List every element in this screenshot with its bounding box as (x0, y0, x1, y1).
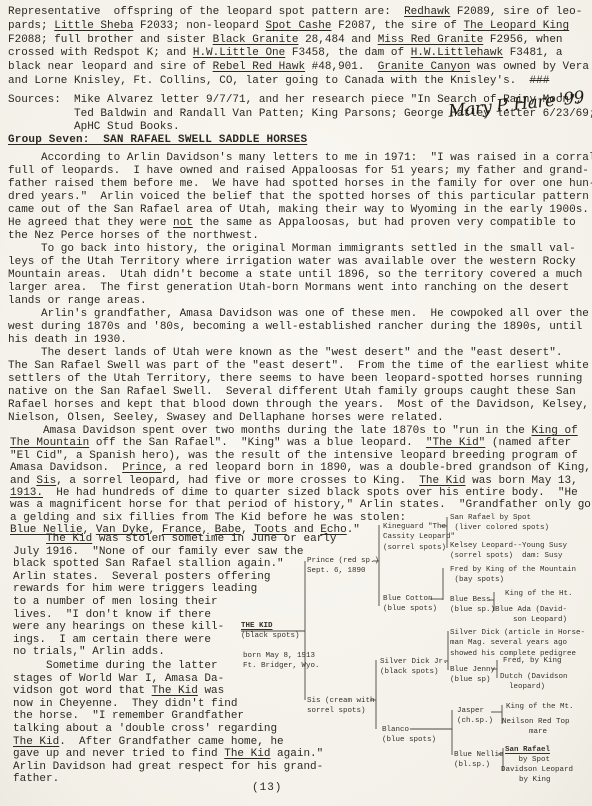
text-line: To go back into history, the original Mo… (8, 243, 592, 256)
text-line: black spotted San Rafael stallion again.… (13, 558, 336, 571)
text-line: father raised them before me. We have ha… (8, 178, 592, 191)
text-line: came out of the San Rafael area of Utah,… (8, 204, 592, 217)
text-line: Amasa Davidson. Prince, a red leopard bo… (10, 462, 592, 474)
text-line: were any hearings on these kill- (13, 621, 336, 634)
text-line: July 1916. "None of our family ever saw … (13, 546, 336, 559)
pedigree-node-san-rafael-2: San Rafael by Spot (505, 745, 550, 766)
pedigree-node-blue-jenny: Blue Jenny(blue sp) (450, 665, 495, 686)
text-line: ApHC Stud Books. (74, 121, 592, 135)
pedigree-node-king-of-the-ht: King of the Ht. (505, 589, 573, 599)
text-line: The Kid. After Grandfather came home, he (13, 736, 323, 749)
stolen-column-paragraph: The Kid was stolen sometime in June or e… (13, 533, 336, 659)
text-line: was a magnificent horse for that period … (10, 499, 592, 511)
document-page: Representative offspring of the leopard … (0, 0, 592, 806)
the-kid-story-paragraph: Amasa Davidson spent over two months dur… (10, 425, 592, 537)
text-line: and Sis, a sorrel leopard, had five or m… (10, 475, 592, 487)
page-number: (13) (252, 782, 282, 794)
text-line: He agreed that they were not the same as… (8, 217, 592, 230)
pedigree-node-silver-dick: Silver Dick (article in Horse-man Mag. s… (450, 628, 585, 659)
text-line: lands or range areas. (8, 295, 592, 308)
text-line: Arlin's grandfather, Amasa Davidson was … (8, 308, 592, 321)
text-line: black near leopard and sire of Rebel Red… (8, 61, 589, 75)
text-line: The San Rafael Swell was part of the "ea… (8, 360, 592, 373)
pedigree-node-davidson-leopard: Davidson Leopard by King (501, 765, 573, 786)
text-line: "El Cid", a Spanish hero), was the resul… (10, 450, 592, 462)
text-line: Amasa Davidson spent over two months dur… (10, 425, 592, 437)
history-paragraphs: According to Arlin Davidson's many lette… (8, 152, 592, 425)
text-line: west during 1870s and '80s, becoming a w… (8, 321, 592, 334)
text-line: Mountain areas. Utah didn't become a sta… (8, 269, 592, 282)
text-line: vidson got word that The Kid was (13, 685, 323, 698)
pedigree-node-blue-ada: Blue Ada (David- son Leopard) (495, 605, 567, 626)
text-line: to a number of men losing their (13, 596, 336, 609)
text-line: the Nez Perce horses of the northwest. (8, 230, 592, 243)
text-line: the horse. "I remember Grandfather (13, 710, 323, 723)
intro-paragraph: Representative offspring of the leopard … (8, 6, 589, 89)
wwi-column-paragraph: Sometime during the latterstages of Worl… (13, 660, 323, 786)
text-line: full of leopards. I have owned and raise… (8, 165, 592, 178)
text-line: 1913. He had hundreds of dime to quarter… (10, 487, 592, 499)
pedigree-node-fred-by-king: Fred by King of the Mountain (bay spots) (450, 565, 576, 586)
text-line: no trials," Arlin adds. (13, 646, 336, 659)
pedigree-node-silver-dick-jr: Silver Dick Jr.(black spots) (380, 657, 448, 678)
pedigree-node-king-of-the-mt: King of the Mt. (506, 702, 574, 712)
text-line: larger area. The first generation Utah-b… (8, 282, 592, 295)
text-line: The Mountain off the San Rafael". "King"… (10, 437, 592, 449)
text-line: stages of World War I, Amasa Da- (13, 673, 323, 686)
text-line: now in Cheyenne. They didn't find (13, 698, 323, 711)
text-line: Arlin Davidson had great respect for his… (13, 761, 323, 774)
pedigree-node-neilson-red-top: Neilson Red Top mare (502, 717, 570, 738)
text-line: his death in 1930. (8, 334, 592, 347)
text-line: Nielson, Olsen, Seeley, Swasey and Della… (8, 412, 592, 425)
text-line: and Lorne Knisley, Ft. Collins, CO, late… (8, 75, 589, 89)
text-line: lives. "I don't know if there (13, 609, 336, 622)
text-line: pards; Little Sheba F2033; non-leopard S… (8, 20, 589, 34)
pedigree-node-fred-king: Fred, by King (503, 656, 562, 666)
text-line: According to Arlin Davidson's many lette… (8, 152, 592, 165)
text-line: F2088; full brother and sister Black Gra… (8, 34, 589, 48)
text-line: The Kid was stolen sometime in June or e… (13, 533, 336, 546)
text-line: crossed with Redspot K; and H.W.Little O… (8, 47, 589, 61)
pedigree-node-kelsey-leopard: Kelsey Leopard--Young Susy(sorrel spots)… (450, 541, 567, 562)
text-line: leys of the Utah Territory where irrigat… (8, 256, 592, 269)
text-line: gave up and never tried to find The Kid … (13, 748, 323, 761)
pedigree-node-dutch: Dutch (Davidson leopard) (500, 672, 568, 693)
pedigree-node-jasper: Jasper(ch.sp.) (457, 706, 493, 727)
text-line: Arlin states. Several posters offering (13, 571, 336, 584)
text-line: Rafael horses and kept that blood down t… (8, 399, 592, 412)
pedigree-node-blue-nellie: Blue Nellie(bl.sp.) (454, 750, 504, 771)
text-line: settlers of the Utah Territory, there se… (8, 373, 592, 386)
text-line: The desert lands of Utah were known as t… (8, 347, 592, 360)
text-line: native on the San Rafael Swell. Several … (8, 386, 592, 399)
text-line: dred years." Arlin voiced the belief tha… (8, 191, 592, 204)
pedigree-node-blue-cotton: Blue Cotton(blue spots) (383, 594, 437, 615)
text-line: a gelding and six fillies from The Kid b… (10, 512, 592, 524)
section-heading: Group Seven: SAN RAFAEL SWELL SADDLE HOR… (8, 134, 307, 146)
pedigree-node-blanco: Blanco(blue spots) (382, 725, 436, 746)
text-line: talking about a 'double cross' regarding (13, 723, 323, 736)
pedigree-node-blue-bess: Blue Bess(blue sp.) (450, 595, 495, 616)
text-line: Representative offspring of the leopard … (8, 6, 589, 20)
text-line: Sometime during the latter (13, 660, 323, 673)
text-line: rewards for him were triggers leading (13, 583, 336, 596)
text-line: ings. I am certain there were (13, 634, 336, 647)
